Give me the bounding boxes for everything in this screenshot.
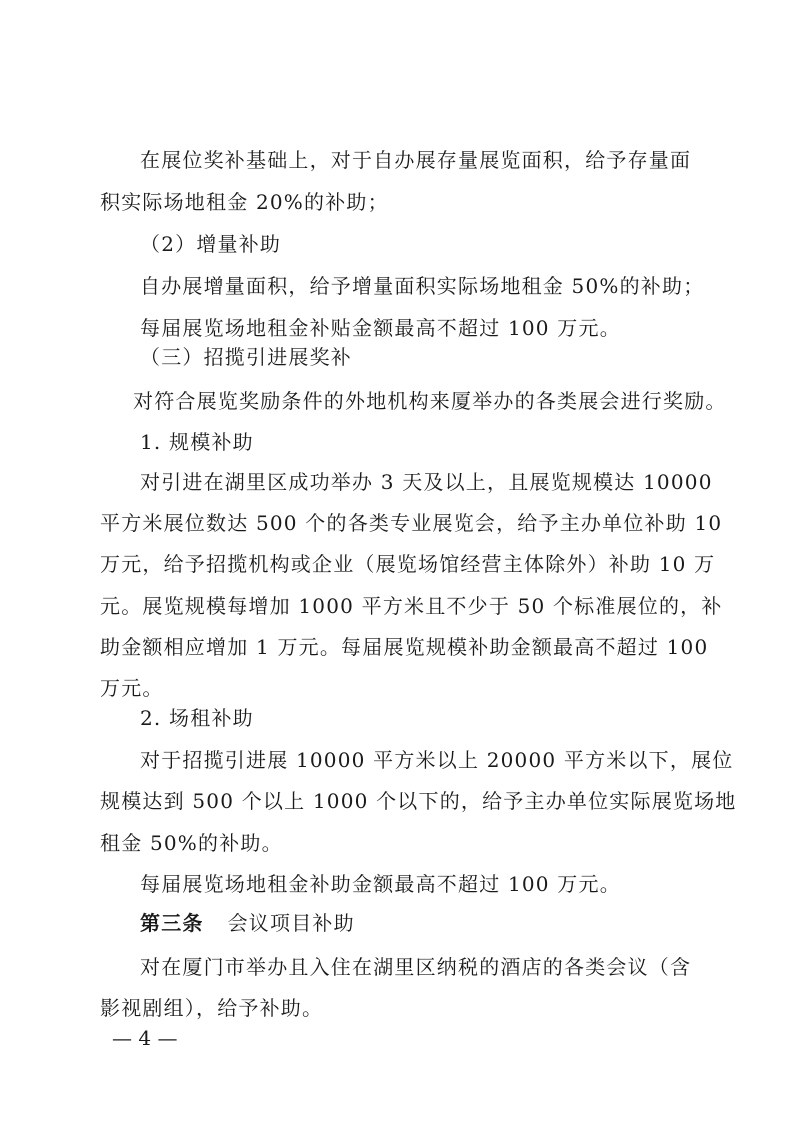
text-line: 自办展增量面积，给予增量面积实际场地租金 50%的补助； (140, 274, 704, 298)
text-line: 1. 规模补助 (140, 430, 254, 454)
text-line: 租金 50%的补助。 (100, 831, 283, 855)
text-line: 影视剧组），给予补助。 (100, 996, 323, 1020)
article-title: 会议项目补助 (228, 911, 355, 935)
text-line: 每届展览场地租金补贴金额最高不超过 100 万元。 (140, 316, 621, 340)
text-line: 对引进在湖里区成功举办 3 天及以上，且展览规模达 10000 (140, 470, 713, 494)
text-line: 规模达到 500 个以上 1000 个以下的，给予主办单位实际展览场地 (100, 789, 737, 813)
text-line: 2. 场租补助 (140, 706, 254, 730)
text-line: 元。展览规模每增加 1000 平方米且不少于 50 个标准展位的，补 (100, 594, 723, 618)
text-line: 在展位奖补基础上，对于自办展存量展览面积，给予存量面 (140, 148, 691, 172)
text-line: （2）增量补助 (140, 232, 281, 256)
text-line: 积实际场地租金 20%的补助； (100, 190, 389, 214)
text-line: 平方米展位数达 500 个的各类专业展览会，给予主办单位补助 10 (100, 511, 722, 535)
text-line: 对符合展览奖励条件的外地机构来厦举办的各类展会进行奖励。 (133, 389, 727, 413)
text-line: （三）招揽引进展奖补 (140, 345, 352, 369)
text-line: 万元，给予招揽机构或企业（展览场馆经营主体除外）补助 10 万 (100, 552, 715, 576)
article-heading: 第三条会议项目补助 (140, 911, 355, 935)
page-number: — 4 — (112, 1026, 177, 1050)
text-line: 对于招揽引进展 10000 平方米以上 20000 平方米以下，展位 (140, 748, 733, 772)
text-line: 万元。 (100, 676, 164, 700)
article-number: 第三条 (140, 911, 204, 935)
document-page: 在展位奖补基础上，对于自办展存量展览面积，给予存量面积实际场地租金 20%的补助… (0, 0, 800, 1131)
text-line: 每届展览场地租金补助金额最高不超过 100 万元。 (140, 872, 621, 896)
text-line: 对在厦门市举办且入住在湖里区纳税的酒店的各类会议（含 (140, 955, 691, 979)
text-line: 助金额相应增加 1 万元。每届展览规模补助金额最高不超过 100 (100, 635, 708, 659)
